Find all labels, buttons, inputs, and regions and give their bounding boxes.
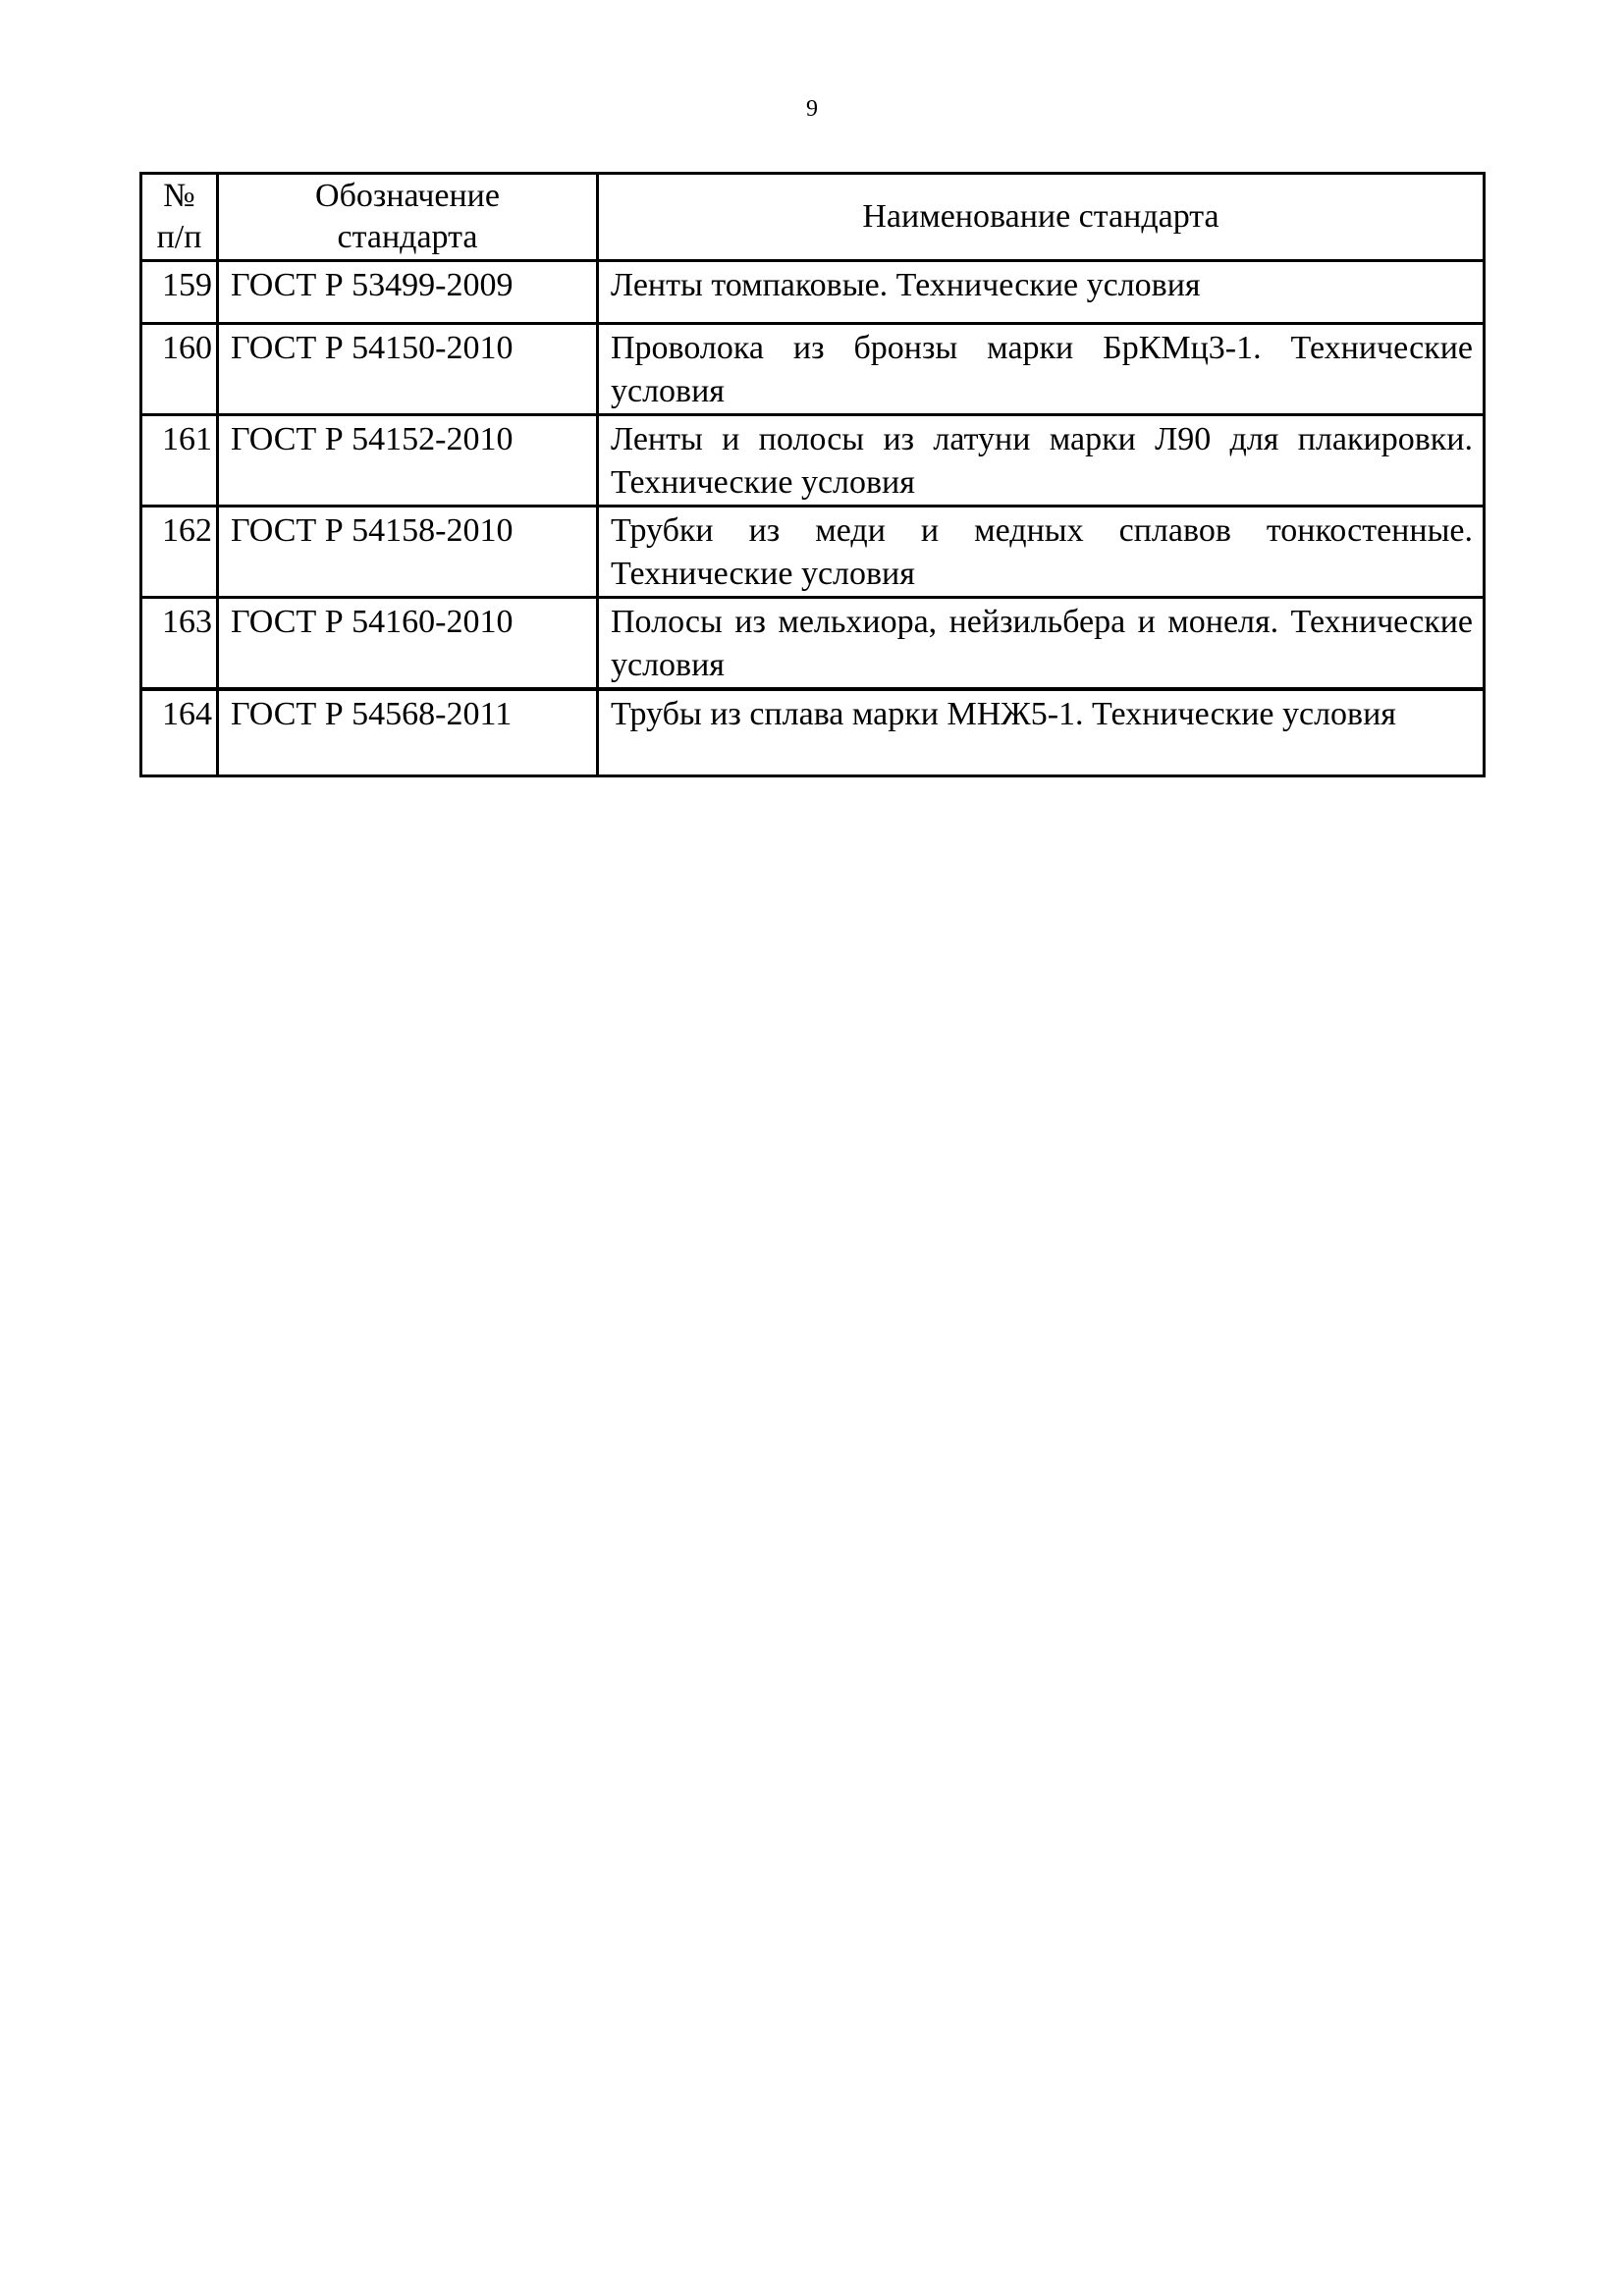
header-designation-line1: Обозначение [315, 178, 500, 214]
row-number: 160 [141, 324, 218, 415]
row-designation: ГОСТ Р 54152-2010 [218, 415, 598, 507]
header-standard-name: Наименование стандарта [598, 174, 1485, 261]
table-row: 160 ГОСТ Р 54150-2010 Проволока из бронз… [141, 324, 1485, 415]
header-designation: Обозначение стандарта [218, 174, 598, 261]
row-number: 163 [141, 598, 218, 690]
header-designation-line2: стандарта [338, 219, 478, 255]
table-row: 163 ГОСТ Р 54160-2010 Полосы из мельхиор… [141, 598, 1485, 690]
row-designation: ГОСТ Р 54160-2010 [218, 598, 598, 690]
row-number: 161 [141, 415, 218, 507]
row-number: 159 [141, 261, 218, 324]
table-row: 164 ГОСТ Р 54568-2011 Трубы из сплава ма… [141, 689, 1485, 775]
row-number: 164 [141, 689, 218, 775]
row-standard-name: Полосы из мельхиора, нейзильбера и монел… [598, 598, 1485, 690]
row-number: 162 [141, 507, 218, 598]
page-number: 9 [0, 94, 1624, 124]
row-designation: ГОСТ Р 54158-2010 [218, 507, 598, 598]
table-row: 161 ГОСТ Р 54152-2010 Ленты и полосы из … [141, 415, 1485, 507]
row-designation: ГОСТ Р 53499-2009 [218, 261, 598, 324]
table-header-row: № п/п Обозначение стандарта Наименование… [141, 174, 1485, 261]
row-designation: ГОСТ Р 54150-2010 [218, 324, 598, 415]
header-number: № п/п [141, 174, 218, 261]
row-standard-name: Ленты томпаковые. Технические условия [598, 261, 1485, 324]
standards-table: № п/п Обозначение стандарта Наименование… [139, 172, 1486, 777]
row-designation: ГОСТ Р 54568-2011 [218, 689, 598, 775]
table-row: 159 ГОСТ Р 53499-2009 Ленты томпаковые. … [141, 261, 1485, 324]
row-standard-name: Проволока из бронзы марки БрКМц3-1. Техн… [598, 324, 1485, 415]
row-standard-name: Трубы из сплава марки МНЖ5-1. Технически… [598, 689, 1485, 775]
table-row: 162 ГОСТ Р 54158-2010 Трубки из меди и м… [141, 507, 1485, 598]
header-number-symbol: № [163, 178, 194, 214]
row-standard-name: Трубки из меди и медных сплавов тонкосте… [598, 507, 1485, 598]
row-standard-name: Ленты и полосы из латуни марки Л90 для п… [598, 415, 1485, 507]
header-number-label: п/п [157, 219, 202, 255]
